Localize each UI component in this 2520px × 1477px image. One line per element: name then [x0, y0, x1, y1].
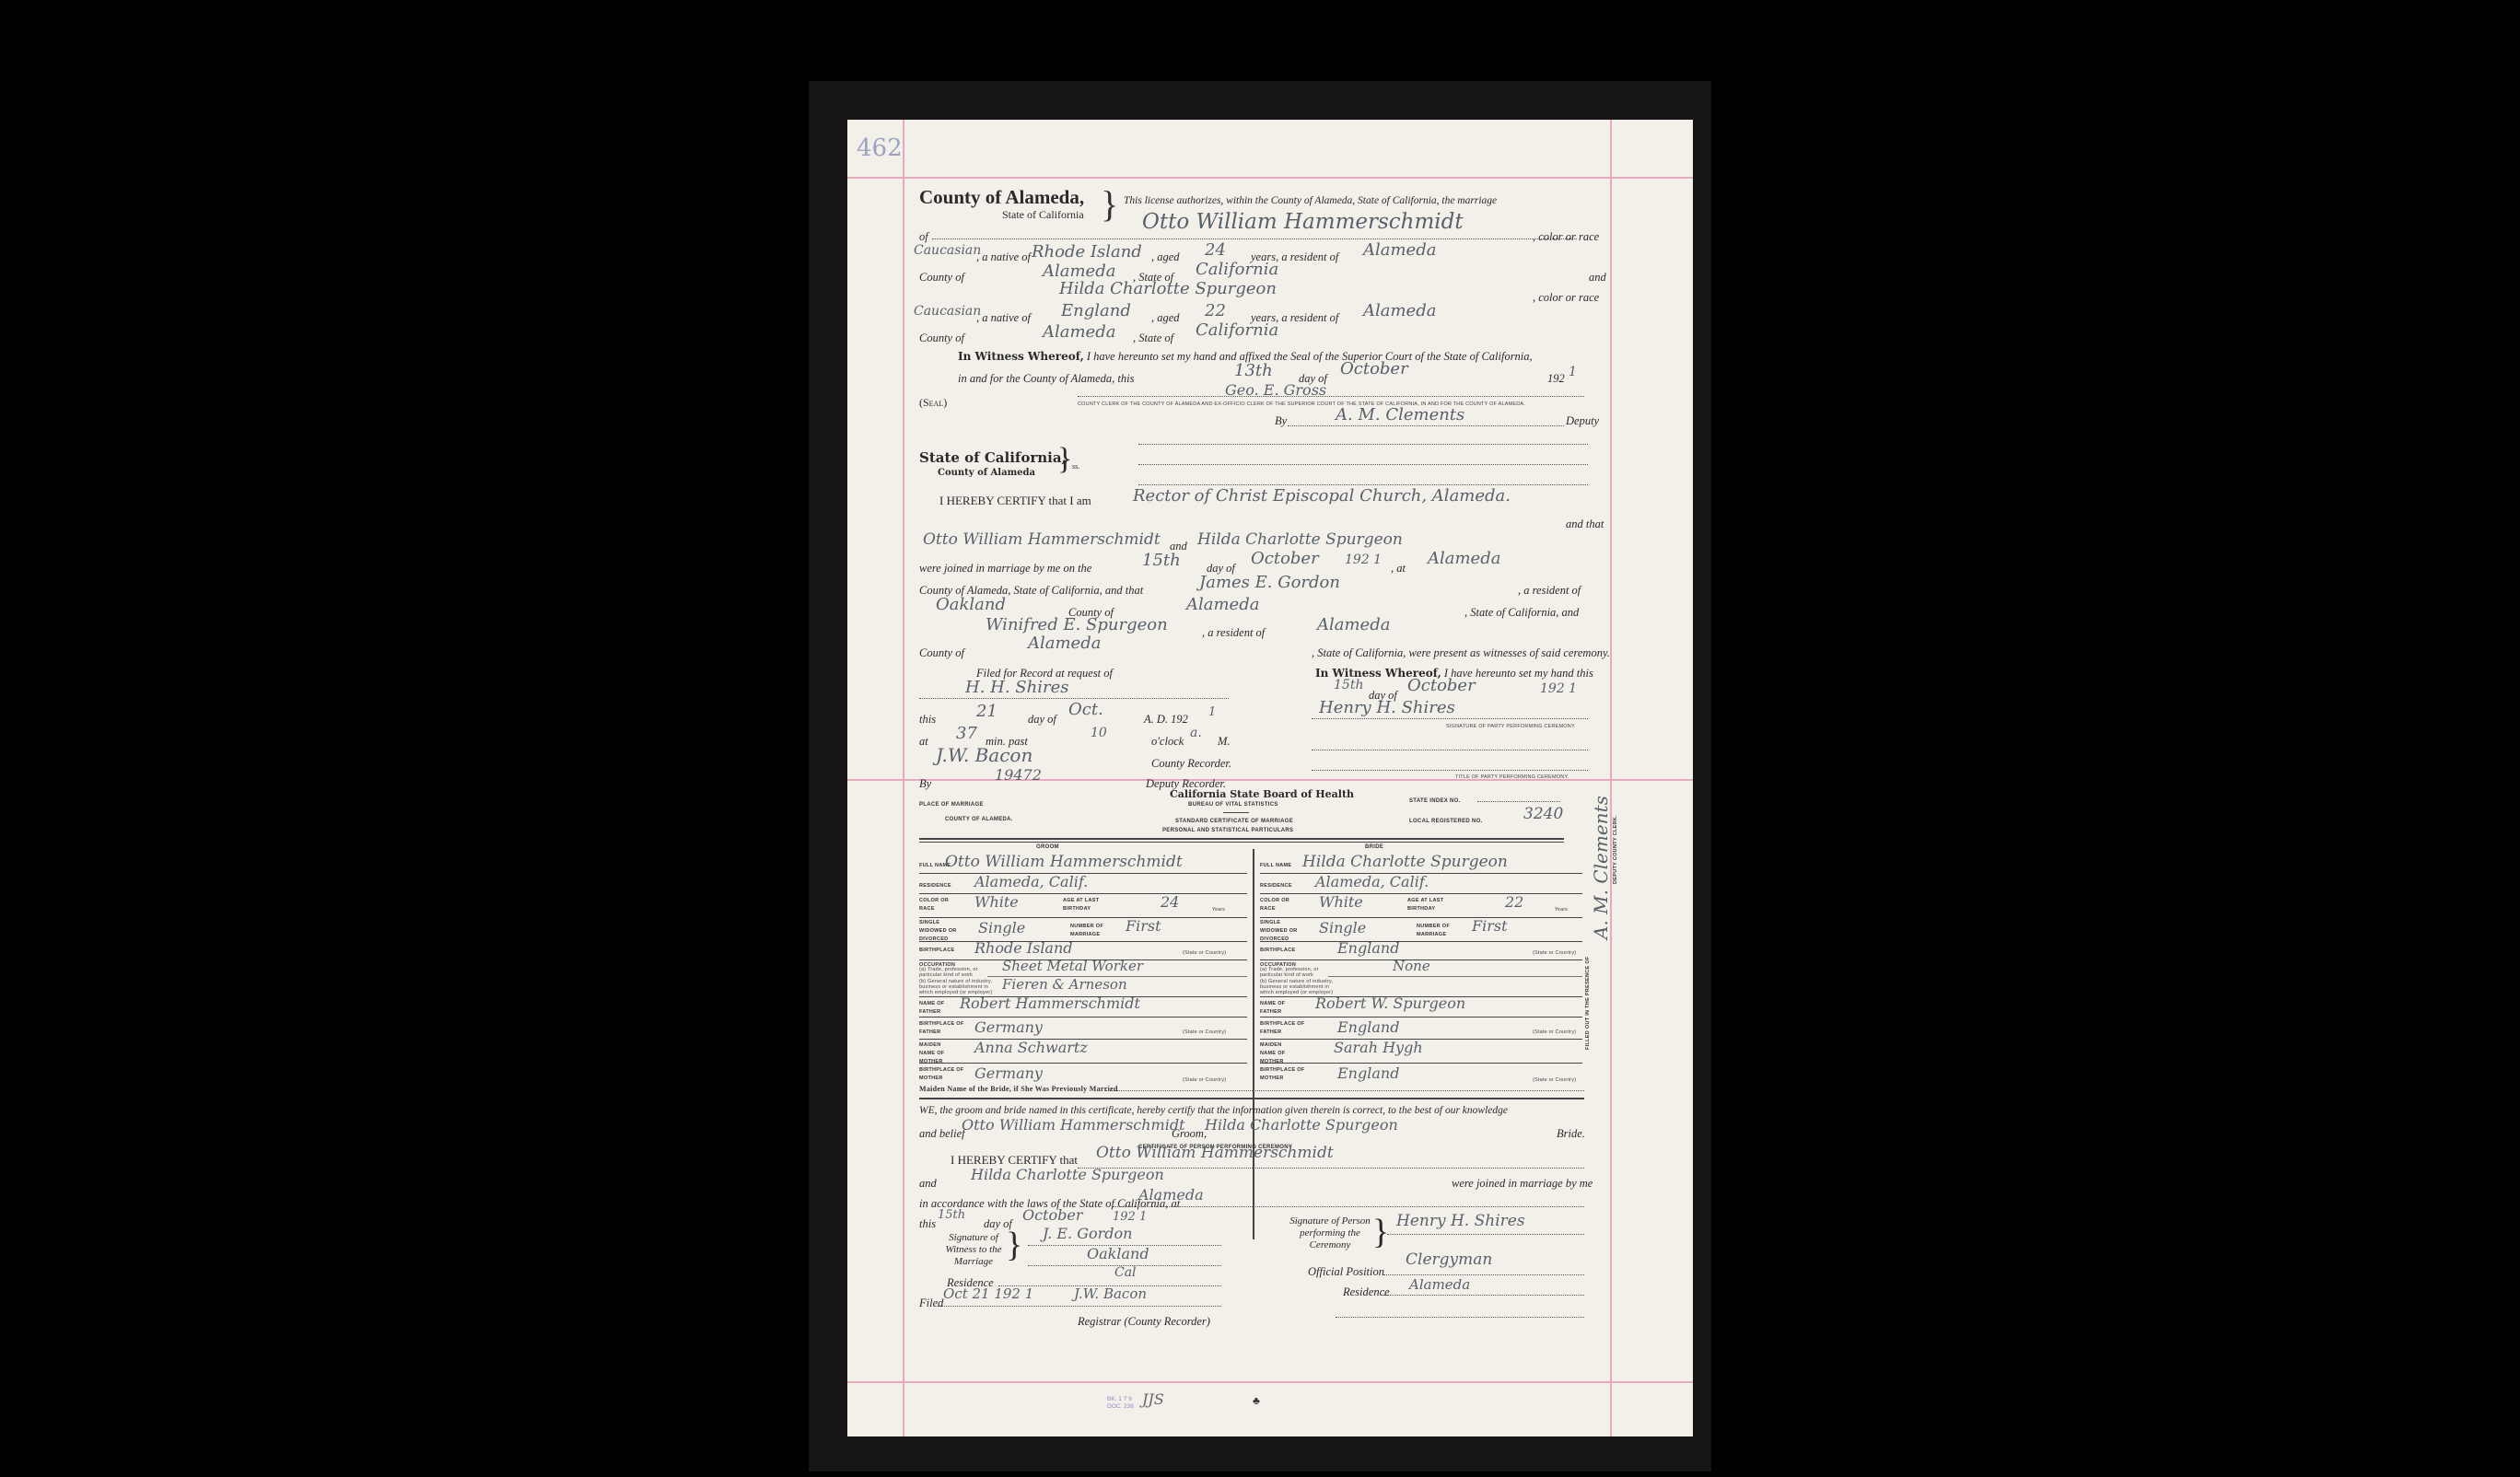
filed-month: Oct. — [1068, 700, 1103, 719]
certificate-county-sub: County of Alameda — [938, 468, 1035, 478]
filed-day: 21 — [976, 702, 997, 721]
groom-mother-birthplace: Germany — [974, 1064, 1043, 1082]
filed-date: Oct 21 192 1 — [943, 1285, 1033, 1302]
rule — [919, 917, 1247, 918]
registrar-label: Registrar (County Recorder) — [1078, 1315, 1210, 1329]
label-father-birthplace: BIRTHPLACE OF FATHER — [919, 1020, 965, 1037]
label-bride: Bride. — [1557, 1127, 1585, 1141]
blank-line — [1138, 464, 1588, 465]
label-occ-b: (b) General nature of industry, business… — [919, 979, 993, 995]
bride-status: Single — [1319, 919, 1366, 936]
bride-signature: Hilda Charlotte Spurgeon — [1205, 1116, 1398, 1134]
local-reg-label: LOCAL REGISTERED NO. — [1409, 818, 1483, 826]
sign-year: 192 1 — [1540, 681, 1577, 696]
bride-occupation: None — [1393, 958, 1430, 974]
deputy-signature: A. M. Clements — [1336, 405, 1464, 424]
officiant-signature: Henry H. Shires — [1319, 698, 1455, 717]
label-age: AGE AT LAST BIRTHDAY — [1063, 897, 1118, 913]
label-color: COLOR OR RACE — [1260, 897, 1297, 913]
deputy-number: 19472 — [995, 766, 1042, 784]
deputy-line — [1288, 425, 1564, 426]
bride-race-value: Caucasian — [914, 304, 981, 319]
cert-bride: Hilda Charlotte Spurgeon — [971, 1166, 1164, 1183]
board-title: California State Board of Health — [1170, 788, 1354, 800]
groom-father-birthplace: Germany — [974, 1018, 1043, 1036]
cert-year: 192 1 — [1345, 552, 1382, 567]
blank-line — [1138, 484, 1588, 485]
cert-day: 15th — [1142, 551, 1181, 570]
label-residence: RESIDENCE — [919, 882, 951, 890]
groom-color: White — [974, 893, 1019, 911]
label-mother-birthplace: BIRTHPLACE OF MOTHER — [1260, 1066, 1306, 1083]
bride-native-value: England — [1061, 301, 1131, 320]
sig-witness-label: Signature of Witness to the Marriage — [932, 1232, 1015, 1268]
label-mother-birthplace: BIRTHPLACE OF MOTHER — [919, 1066, 965, 1083]
rule — [1260, 1017, 1582, 1018]
bride-name-value: Hilda Charlotte Spurgeon — [1059, 279, 1277, 298]
bride-full-name: Hilda Charlotte Spurgeon — [1302, 853, 1508, 871]
cert-place-line — [1113, 1206, 1584, 1207]
label-years: Years — [1555, 906, 1568, 914]
sign-day: 15th — [1334, 678, 1363, 692]
present-text: , State of California, were present as w… — [1312, 646, 1610, 660]
label-birthplace: BIRTHPLACE — [1260, 947, 1295, 955]
license-intro: This license authorizes, within the Coun… — [1124, 195, 1497, 206]
margin-line-top — [847, 177, 1693, 179]
witness-heading: In Witness Whereof, — [958, 350, 1084, 363]
rule — [919, 941, 1247, 942]
cert-groom-name: Otto William Hammerschmidt — [923, 530, 1161, 549]
state-index-label: STATE INDEX NO. — [1409, 797, 1461, 806]
label-ad: A. D. 192 — [1144, 713, 1188, 727]
witness2-city: Alameda — [1317, 615, 1390, 634]
label-at: at — [919, 735, 928, 749]
label-state-or-country: (State or Country) — [1183, 950, 1226, 956]
person-sig-line — [1387, 1234, 1584, 1235]
cert-groom: Otto William Hammerschmidt — [1096, 1144, 1334, 1162]
label-resident-of: , a resident of — [1202, 626, 1265, 640]
groom-name-value: Otto William Hammerschmidt — [1142, 210, 1464, 234]
rule — [1260, 893, 1582, 894]
cert-place: Alameda — [1138, 1186, 1204, 1204]
label-state-or-country: (State or Country) — [1183, 1029, 1226, 1035]
rule — [919, 1017, 1247, 1018]
witness-line2: in and for the County of Alameda, this — [958, 372, 1134, 386]
label-by: By — [1275, 414, 1287, 428]
book-stamp: BK. 1 7 9 DOC. 238 — [1107, 1396, 1134, 1411]
label-of: of — [919, 230, 928, 244]
license-county-title: County of Alameda, — [919, 186, 1084, 209]
local-reg-no: 3240 — [1523, 805, 1563, 823]
stamp-doc: DOC. 238 — [1107, 1403, 1134, 1411]
filed-hour: 10 — [1091, 726, 1107, 740]
cert-bride-name: Hilda Charlotte Spurgeon — [1197, 530, 1403, 549]
bride-resident-value: Alameda — [1363, 301, 1436, 320]
label-day-of: day of — [1028, 713, 1056, 727]
label-color: COLOR OR RACE — [919, 897, 956, 913]
county-recorder-label: County Recorder. — [1151, 757, 1231, 771]
bureau-title: BUREAU OF VITAL STATISTICS — [1188, 801, 1278, 809]
bride-state-value: California — [1196, 320, 1278, 340]
label-number-marriage: NUMBER OF MARRIAGE — [1417, 923, 1463, 939]
groom-occupation: Sheet Metal Worker — [1002, 958, 1143, 974]
label-this: this — [919, 1217, 936, 1231]
column-divider — [1253, 849, 1254, 1239]
stamp-initials: JJS — [1142, 1390, 1164, 1408]
cert-day: 15th — [938, 1208, 965, 1222]
label-native-of: , a native of — [976, 250, 1031, 264]
label-county-of: County of — [919, 646, 964, 660]
filed-year: 1 — [1208, 705, 1216, 719]
label-state-or-country: (State or Country) — [1533, 950, 1576, 956]
blank-line — [1312, 750, 1588, 750]
label-single: SINGLE WIDOWED OR DIVORCED — [1260, 919, 1306, 944]
std-title: STANDARD CERTIFICATE OF MARRIAGE — [1175, 818, 1293, 826]
cert-month: October — [1022, 1206, 1083, 1224]
clerk-signature-line — [1078, 396, 1584, 397]
label-years: Years — [1212, 906, 1225, 914]
label-groom: Groom, — [1172, 1127, 1207, 1141]
label-state-and: , State of California, and — [1464, 606, 1579, 620]
rule — [919, 838, 1564, 840]
maiden-field — [1105, 1090, 1584, 1091]
filed-by-line — [919, 698, 1229, 699]
witness1-city: Oakland — [936, 595, 1006, 614]
label-county-of: County of — [919, 271, 964, 285]
label-residence: RESIDENCE — [1260, 882, 1292, 890]
seal-label: (Seal) — [919, 396, 947, 410]
groom-full-name: Otto William Hammerschmidt — [945, 853, 1183, 871]
bride-age-value: 22 — [1205, 301, 1226, 320]
official-label: Official Position — [1308, 1265, 1384, 1279]
label-m: M. — [1218, 735, 1231, 749]
stamp-book: BK. 1 7 9 — [1107, 1396, 1134, 1403]
sig-person-label: Signature of Person performing the Cerem… — [1284, 1215, 1376, 1251]
rule — [919, 1063, 1247, 1064]
label-and: and — [1589, 271, 1606, 285]
label-single: SINGLE WIDOWED OR DIVORCED — [919, 919, 965, 944]
label-by: By — [919, 777, 931, 791]
label-county-of: County of — [919, 331, 964, 345]
cert-year: 192 1 — [1113, 1210, 1147, 1224]
label-color-race: , color or race — [1533, 291, 1599, 305]
witness2-name: Winifred E. Spurgeon — [986, 615, 1168, 634]
groom-county-value: Alameda — [1043, 262, 1115, 281]
brace: } — [1057, 442, 1072, 477]
label-and: and — [919, 1177, 937, 1191]
filed-signature: J.W. Bacon — [1074, 1285, 1147, 1302]
label-father: NAME OF FATHER — [1260, 1000, 1297, 1017]
witness-city: Oakland — [1087, 1245, 1149, 1262]
cert-month: October — [1251, 549, 1319, 568]
recorder-signature: J.W. Bacon — [936, 744, 1032, 766]
rule — [1260, 941, 1582, 942]
groom-father: Robert Hammerschmidt — [960, 994, 1140, 1012]
rule — [919, 893, 1247, 894]
label-aged: , aged — [1151, 250, 1180, 264]
groom-age: 24 — [1161, 893, 1179, 911]
county-label: COUNTY OF ALAMEDA. — [945, 816, 1013, 824]
groom-employer: Fieren & Arneson — [1002, 976, 1127, 993]
rule — [919, 1098, 1584, 1099]
witness-signature: J. E. Gordon — [1043, 1225, 1132, 1242]
sig-line — [1312, 718, 1588, 719]
person-residence-line — [1383, 1295, 1584, 1296]
groom-signature: Otto William Hammerschmidt — [962, 1116, 1185, 1134]
person-residence: Alameda — [1409, 1276, 1470, 1293]
particulars-title: PERSONAL AND STATISTICAL PARTICULARS — [1162, 827, 1293, 835]
divider — [1223, 812, 1249, 813]
title-caption: TITLE OF PARTY PERFORMING CEREMONY. — [1455, 774, 1569, 780]
label-occ-a: (a) Trade, profession, or particular kin… — [1260, 967, 1328, 978]
bride-header: BRIDE — [1365, 843, 1383, 852]
label-belief: and belief — [919, 1127, 965, 1141]
witness2-county: Alameda — [1028, 634, 1101, 653]
officiant-title-value: Rector of Christ Episcopal Church, Alame… — [1133, 486, 1511, 506]
tree-emblem-icon: ♣ — [1253, 1394, 1260, 1408]
groom-age-value: 24 — [1205, 240, 1226, 260]
groom-race-value: Caucasian — [914, 243, 981, 258]
label-filed: Filed — [919, 1297, 943, 1310]
blank-line — [1336, 1317, 1584, 1318]
certificate-state-title: State of California, — [919, 449, 1067, 466]
margin-line-left — [903, 120, 904, 1436]
license-year-digit: 1 — [1569, 365, 1577, 379]
maiden-label: Maiden Name of the Bride, if She Was Pre… — [919, 1085, 1118, 1093]
groom-native-value: Rhode Island — [1032, 242, 1142, 262]
ss-label: ss. — [1072, 462, 1079, 471]
license-day-value: 13th — [1234, 361, 1273, 380]
rule — [1260, 1063, 1582, 1064]
label-occ-a: (a) Trade, profession, or particular kin… — [919, 967, 987, 978]
label-father: NAME OF FATHER — [919, 1000, 956, 1017]
groom-birthplace: Rhode Island — [974, 939, 1073, 957]
label-at: , at — [1391, 562, 1406, 576]
bride-age: 22 — [1505, 893, 1523, 911]
license-year-prefix: 192 — [1547, 372, 1565, 386]
groom-residence: Alameda, Calif. — [974, 873, 1088, 890]
label-full-name: FULL NAME — [1260, 862, 1291, 870]
bride-mother: Sarah Hygh — [1334, 1039, 1423, 1056]
label-age: AGE AT LAST BIRTHDAY — [1407, 897, 1463, 913]
cert-place: Alameda — [1428, 549, 1500, 568]
label-state-or-country: (State or Country) — [1533, 1077, 1576, 1083]
rule — [1328, 976, 1582, 977]
rule — [919, 842, 1564, 843]
label-native-of: , a native of — [976, 311, 1031, 325]
label-state-of: , State of — [1133, 331, 1173, 345]
license-month-value: October — [1340, 359, 1408, 378]
filed-ampm: a. — [1190, 726, 1202, 740]
witness1-name: James E. Gordon — [1199, 573, 1340, 592]
page-number: 462 — [857, 134, 903, 162]
place-label: PLACE OF MARRIAGE — [919, 801, 984, 809]
label-oclock: o'clock — [1151, 735, 1184, 749]
label-resident-of: , a resident of — [1518, 584, 1581, 598]
rule — [1260, 917, 1582, 918]
label-aged: , aged — [1151, 311, 1180, 325]
label-and-that: and that — [1566, 518, 1604, 531]
we-certify-text: WE, the groom and bride named in this ce… — [919, 1105, 1508, 1116]
label-state-or-country: (State or Country) — [1183, 1077, 1226, 1083]
official-line — [1383, 1274, 1584, 1275]
margin-line-right — [1610, 120, 1612, 1436]
groom-header: GROOM — [1036, 843, 1059, 852]
margin-line-bottom — [847, 1381, 1693, 1383]
groom-status: Single — [978, 919, 1025, 936]
label-deputy: Deputy — [1566, 414, 1599, 428]
label-birthplace: BIRTHPLACE — [919, 947, 954, 955]
person-signature: Henry H. Shires — [1396, 1212, 1525, 1230]
blank-line — [1138, 444, 1588, 445]
bride-mother-birthplace: England — [1337, 1064, 1399, 1082]
groom-state-value: California — [1196, 260, 1278, 279]
bride-birthplace: England — [1337, 939, 1399, 957]
state-index-field — [1477, 801, 1560, 802]
label-joined: were joined in marriage by me on the — [919, 562, 1091, 576]
official-position: Clergyman — [1406, 1250, 1492, 1269]
bride-color: White — [1319, 893, 1363, 911]
brace: } — [1006, 1225, 1022, 1265]
side-clerk-signature: A. M. Clements — [1590, 796, 1612, 939]
label-color-race: , color or race — [1533, 230, 1599, 244]
sig-caption: SIGNATURE OF PARTY PERFORMING CEREMONY. — [1446, 724, 1576, 729]
bride-county-value: Alameda — [1043, 322, 1115, 342]
groom-marriage-no: First — [1126, 917, 1161, 935]
bride-marriage-no: First — [1472, 917, 1508, 935]
label-occ-b: (b) General nature of industry, business… — [1260, 979, 1334, 995]
marriage-record-page: 462 County of Alameda, State of Californ… — [847, 120, 1693, 1436]
brace: } — [1372, 1212, 1389, 1252]
filed-minutes: 37 — [956, 724, 977, 743]
bride-residence: Alameda, Calif. — [1315, 873, 1429, 890]
label-joined: were joined in marriage by me — [1452, 1177, 1592, 1191]
side-presence-label: FILLED OUT IN THE PRESENCE OF — [1584, 956, 1592, 1050]
label-state-or-country: (State or Country) — [1533, 1029, 1576, 1035]
filed-line — [938, 1306, 1221, 1307]
label-father-birthplace: BIRTHPLACE OF FATHER — [1260, 1020, 1306, 1037]
sign-month: October — [1407, 676, 1476, 695]
groom-resident-value: Alameda — [1363, 240, 1436, 260]
label-this: this — [919, 713, 936, 727]
groom-mother: Anna Schwartz — [974, 1039, 1088, 1056]
label-number-marriage: NUMBER OF MARRIAGE — [1070, 923, 1116, 939]
bride-father: Robert W. Spurgeon — [1315, 994, 1465, 1012]
witness1-county: Alameda — [1186, 595, 1259, 614]
filed-by-value: H. H. Shires — [965, 678, 1068, 697]
label-person-residence: Residence — [1343, 1285, 1390, 1299]
witness-state: Cal — [1114, 1265, 1137, 1280]
title-line — [1312, 770, 1588, 771]
witness-text: I have hereunto set my hand and affixed … — [1087, 350, 1533, 363]
bride-father-birthplace: England — [1337, 1018, 1399, 1036]
certify-lead: I HEREBY CERTIFY that I am — [939, 494, 1091, 508]
side-clerk-caption: DEPUTY COUNTY CLERK. — [1612, 815, 1620, 884]
